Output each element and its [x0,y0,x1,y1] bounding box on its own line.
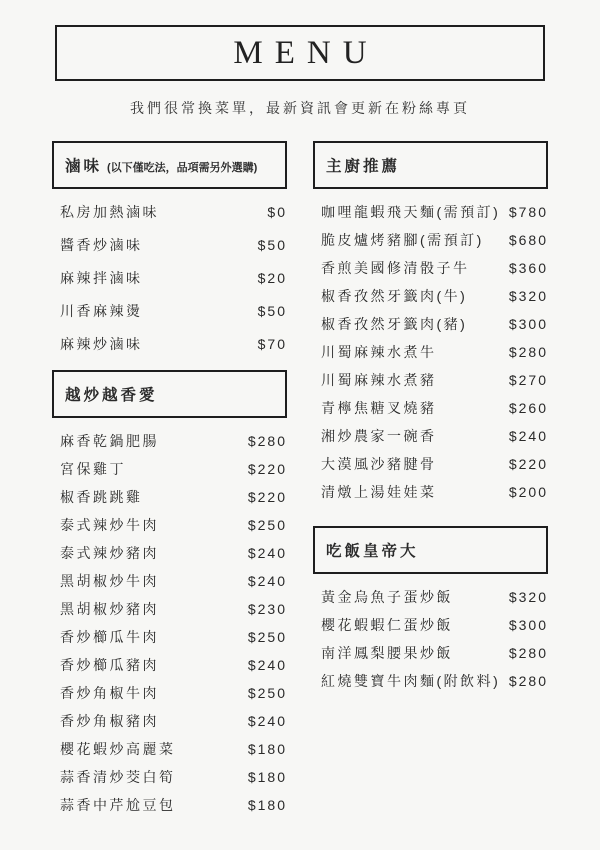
menu-section-chef: 主廚推薦咖哩龍蝦飛天麵(需預訂)$780脆皮爐烤豬腳(需預訂)$680香煎美國修… [313,141,548,500]
item-name: 南洋鳳梨腰果炒飯 [321,646,453,661]
item-name: 椒香孜然牙籤肉(牛) [321,289,467,304]
menu-item: 麻香乾鍋肥腸$280 [52,434,287,449]
section-title: 主廚推薦 [326,154,400,176]
menu-item: 香炒櫛瓜豬肉$240 [52,658,287,673]
item-name: 香煎美國修清骰子牛 [321,261,470,276]
item-price: $50 [258,238,287,253]
item-name: 麻香乾鍋肥腸 [60,434,159,449]
item-price: $240 [509,429,548,444]
item-name: 脆皮爐烤豬腳(需預訂) [321,233,484,248]
item-name: 麻辣炒滷味 [60,337,143,352]
menu-item: 私房加熱滷味$0 [52,205,287,220]
item-list: 黃金烏魚子蛋炒飯$320櫻花蝦蝦仁蛋炒飯$300南洋鳳梨腰果炒飯$280紅燒雙寶… [313,590,548,689]
item-name: 咖哩龍蝦飛天麵(需預訂) [321,205,500,220]
menu-subtitle: 我們很常換菜單，最新資訊會更新在粉絲專頁 [0,98,600,118]
item-name: 櫻花蝦炒高麗菜 [60,742,176,757]
section-note: (以下僅吃法，品項需另外選購) [107,159,257,175]
section-header: 主廚推薦 [313,141,548,189]
menu-item: 紅燒雙寶牛肉麵(附飲料)$280 [313,674,548,689]
menu-item: 黑胡椒炒牛肉$240 [52,574,287,589]
menu-item: 清燉上湯娃娃菜$200 [313,485,548,500]
section-header: 越炒越香愛 [52,370,287,418]
menu-item: 椒香跳跳雞$220 [52,490,287,505]
item-name: 香炒櫛瓜牛肉 [60,630,159,645]
menu-item: 椒香孜然牙籤肉(豬)$300 [313,317,548,332]
item-name: 泰式辣炒牛肉 [60,518,159,533]
item-price: $320 [509,590,548,605]
item-name: 私房加熱滷味 [60,205,159,220]
menu-item: 蒜香清炒茭白筍$180 [52,770,287,785]
menu-page: MENU 我們很常換菜單，最新資訊會更新在粉絲專頁 滷味(以下僅吃法，品項需另外… [0,0,600,850]
menu-columns: 滷味(以下僅吃法，品項需另外選購)私房加熱滷味$0醬香炒滷味$50麻辣拌滷味$2… [0,141,600,826]
item-name: 湘炒農家一碗香 [321,429,437,444]
menu-item: 香炒角椒牛肉$250 [52,686,287,701]
item-name: 櫻花蝦蝦仁蛋炒飯 [321,618,453,633]
menu-item: 櫻花蝦炒高麗菜$180 [52,742,287,757]
item-price: $280 [509,674,548,689]
section-title: 滷味 [65,154,102,176]
item-list: 咖哩龍蝦飛天麵(需預訂)$780脆皮爐烤豬腳(需預訂)$680香煎美國修清骰子牛… [313,205,548,500]
item-price: $250 [248,686,287,701]
menu-item: 大漠風沙豬腱骨$220 [313,457,548,472]
item-name: 椒香跳跳雞 [60,490,143,505]
left-column: 滷味(以下僅吃法，品項需另外選購)私房加熱滷味$0醬香炒滷味$50麻辣拌滷味$2… [52,141,287,826]
item-name: 宮保雞丁 [60,462,126,477]
menu-section-stirfry: 越炒越香愛麻香乾鍋肥腸$280宮保雞丁$220椒香跳跳雞$220泰式辣炒牛肉$2… [52,370,287,813]
menu-item: 咖哩龍蝦飛天麵(需預訂)$780 [313,205,548,220]
item-price: $680 [509,233,548,248]
item-price: $70 [258,337,287,352]
menu-item: 川香麻辣燙$50 [52,304,287,319]
item-list: 私房加熱滷味$0醬香炒滷味$50麻辣拌滷味$20川香麻辣燙$50麻辣炒滷味$70 [52,205,287,352]
section-header: 吃飯皇帝大 [313,526,548,574]
item-price: $230 [248,602,287,617]
menu-item: 南洋鳳梨腰果炒飯$280 [313,646,548,661]
item-price: $300 [509,317,548,332]
menu-item: 黃金烏魚子蛋炒飯$320 [313,590,548,605]
menu-item: 麻辣拌滷味$20 [52,271,287,286]
menu-item: 泰式辣炒豬肉$240 [52,546,287,561]
item-name: 川蜀麻辣水煮牛 [321,345,437,360]
menu-item: 湘炒農家一碗香$240 [313,429,548,444]
page-title: MENU [221,35,378,72]
item-name: 麻辣拌滷味 [60,271,143,286]
item-name: 醬香炒滷味 [60,238,143,253]
menu-item: 椒香孜然牙籤肉(牛)$320 [313,289,548,304]
item-price: $220 [248,462,287,477]
item-price: $180 [248,742,287,757]
menu-item: 黑胡椒炒豬肉$230 [52,602,287,617]
menu-item: 脆皮爐烤豬腳(需預訂)$680 [313,233,548,248]
item-name: 黑胡椒炒牛肉 [60,574,159,589]
item-price: $0 [267,205,287,220]
item-name: 大漠風沙豬腱骨 [321,457,437,472]
menu-item: 香炒櫛瓜牛肉$250 [52,630,287,645]
item-price: $320 [509,289,548,304]
item-name: 清燉上湯娃娃菜 [321,485,437,500]
item-price: $250 [248,630,287,645]
menu-item: 香炒角椒豬肉$240 [52,714,287,729]
menu-item: 蒜香中芹尬豆包$180 [52,798,287,813]
item-price: $780 [509,205,548,220]
menu-section-luwei: 滷味(以下僅吃法，品項需另外選購)私房加熱滷味$0醬香炒滷味$50麻辣拌滷味$2… [52,141,287,352]
item-price: $280 [248,434,287,449]
item-price: $280 [509,345,548,360]
item-name: 川蜀麻辣水煮豬 [321,373,437,388]
item-price: $240 [248,574,287,589]
section-header: 滷味(以下僅吃法，品項需另外選購) [52,141,287,189]
item-name: 青檸焦糖叉燒豬 [321,401,437,416]
item-name: 泰式辣炒豬肉 [60,546,159,561]
item-price: $180 [248,798,287,813]
item-price: $250 [248,518,287,533]
item-price: $240 [248,714,287,729]
item-price: $300 [509,618,548,633]
item-price: $260 [509,401,548,416]
item-price: $240 [248,546,287,561]
menu-item: 宮保雞丁$220 [52,462,287,477]
item-price: $220 [509,457,548,472]
item-price: $240 [248,658,287,673]
menu-item: 醬香炒滷味$50 [52,238,287,253]
section-title: 越炒越香愛 [65,383,158,405]
menu-item: 川蜀麻辣水煮豬$270 [313,373,548,388]
item-price: $220 [248,490,287,505]
item-name: 川香麻辣燙 [60,304,143,319]
item-price: $360 [509,261,548,276]
item-price: $50 [258,304,287,319]
menu-item: 麻辣炒滷味$70 [52,337,287,352]
menu-item: 泰式辣炒牛肉$250 [52,518,287,533]
item-name: 蒜香中芹尬豆包 [60,798,176,813]
menu-section-rice: 吃飯皇帝大黃金烏魚子蛋炒飯$320櫻花蝦蝦仁蛋炒飯$300南洋鳳梨腰果炒飯$28… [313,526,548,689]
menu-item: 川蜀麻辣水煮牛$280 [313,345,548,360]
section-title: 吃飯皇帝大 [326,539,419,561]
item-name: 香炒角椒牛肉 [60,686,159,701]
item-name: 黑胡椒炒豬肉 [60,602,159,617]
menu-item: 青檸焦糖叉燒豬$260 [313,401,548,416]
item-list: 麻香乾鍋肥腸$280宮保雞丁$220椒香跳跳雞$220泰式辣炒牛肉$250泰式辣… [52,434,287,813]
right-column: 主廚推薦咖哩龍蝦飛天麵(需預訂)$780脆皮爐烤豬腳(需預訂)$680香煎美國修… [313,141,548,826]
item-price: $200 [509,485,548,500]
item-name: 蒜香清炒茭白筍 [60,770,176,785]
item-name: 香炒櫛瓜豬肉 [60,658,159,673]
item-name: 黃金烏魚子蛋炒飯 [321,590,453,605]
item-name: 椒香孜然牙籤肉(豬) [321,317,467,332]
menu-item: 香煎美國修清骰子牛$360 [313,261,548,276]
item-price: $280 [509,646,548,661]
item-name: 香炒角椒豬肉 [60,714,159,729]
menu-title-box: MENU [55,25,545,81]
menu-item: 櫻花蝦蝦仁蛋炒飯$300 [313,618,548,633]
item-price: $20 [258,271,287,286]
item-price: $270 [509,373,548,388]
item-name: 紅燒雙寶牛肉麵(附飲料) [321,674,500,689]
item-price: $180 [248,770,287,785]
